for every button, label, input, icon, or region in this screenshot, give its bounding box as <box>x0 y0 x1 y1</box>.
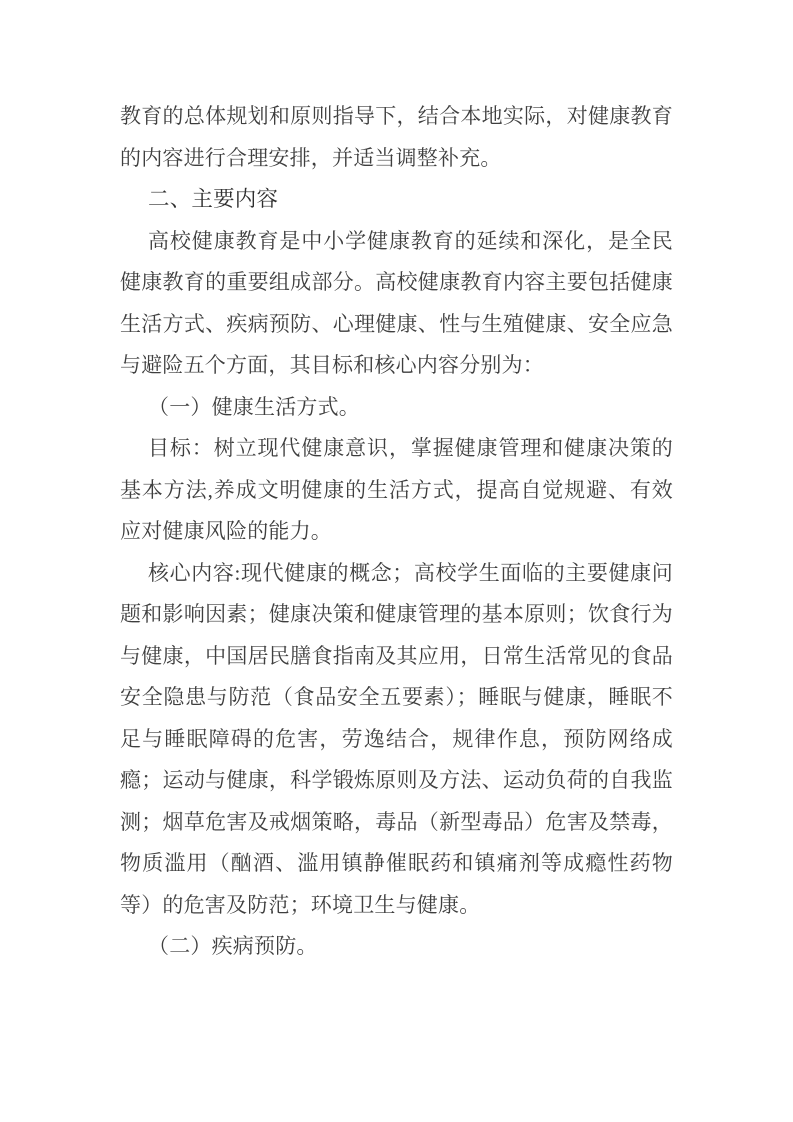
paragraph-item-2-disease-prevention: （二）疾病预防。 <box>120 926 673 968</box>
paragraph-overview: 高校健康教育是中小学健康教育的延续和深化，是全民健康教育的重要组成部分。高校健康… <box>120 221 673 387</box>
paragraph-goal: 目标：树立现代健康意识，掌握健康管理和健康决策的基本方法,养成文明健康的生活方式… <box>120 428 673 553</box>
paragraph-continuation: 教育的总体规划和原则指导下，结合本地实际，对健康教育的内容进行合理安排，并适当调… <box>120 96 673 179</box>
paragraph-item-1-healthy-lifestyle: （一）健康生活方式。 <box>120 387 673 429</box>
paragraph-core-content: 核心内容:现代健康的概念；高校学生面临的主要健康问题和影响因素；健康决策和健康管… <box>120 553 673 927</box>
section-heading-main-content: 二、主要内容 <box>120 179 673 221</box>
document-content: 教育的总体规划和原则指导下，结合本地实际，对健康教育的内容进行合理安排，并适当调… <box>120 96 673 968</box>
document-page: 教育的总体规划和原则指导下，结合本地实际，对健康教育的内容进行合理安排，并适当调… <box>0 0 793 1122</box>
